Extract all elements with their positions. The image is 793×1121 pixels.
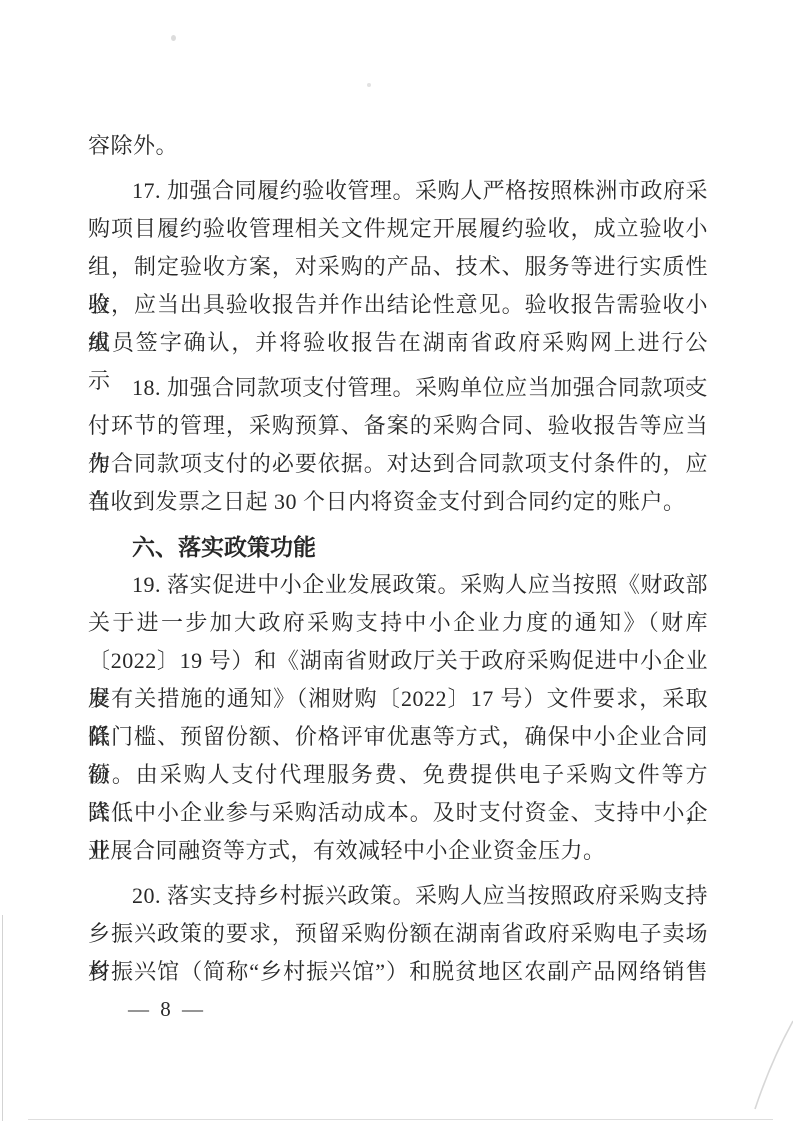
text-line: 开展合同融资等方式，有效减轻中小企业资金压力。 <box>88 832 708 870</box>
text-line: 容除外。 <box>88 127 708 165</box>
scan-edge-line-artifact <box>28 1119 773 1120</box>
text-line: 乡振兴政策的要求，预留采购份额在湖南省政府采购电子卖场乡 <box>88 915 708 953</box>
text-line: 收，应当出具验收报告并作出结论性意见。验收报告需验收小组 <box>88 286 708 324</box>
text-line: 村振兴馆（简称“乡村振兴馆”）和脱贫地区农副产品网络销售 <box>88 953 708 991</box>
text-line: 〔2022〕19 号）和《湖南省财政厅关于政府采购促进中小企业发 <box>88 642 708 680</box>
section-heading: 六、落实政策功能 <box>88 528 708 566</box>
text-line: 关于进一步加大政府采购支持中小企业力度的通知》（财库 <box>88 604 708 642</box>
scan-edge-line-artifact <box>2 915 3 1121</box>
scan-speck-artifact <box>367 83 371 87</box>
text-line: 购项目履约验收管理相关文件规定开展履约验收，成立验收小 <box>88 210 708 248</box>
page-number: — 8 — <box>88 997 708 1022</box>
text-line: 17. 加强合同履约验收管理。采购人严格按照株洲市政府采 <box>88 172 708 210</box>
text-line: 在收到发票之日起 30 个日内将资金支付到合同约定的账户。 <box>88 483 708 521</box>
document-body: 容除外。17. 加强合同履约验收管理。采购人严格按照株洲市政府采购项目履约验收管… <box>88 127 708 991</box>
text-line: 18. 加强合同款项支付管理。采购单位应当加强合同款项支 <box>88 369 708 407</box>
scanned-document-page: 容除外。17. 加强合同履约验收管理。采购人严格按照株洲市政府采购项目履约验收管… <box>0 0 793 1121</box>
text-line: 组，制定验收方案，对采购的产品、技术、服务等进行实质性验 <box>88 248 708 286</box>
text-line: 19. 落实促进中小企业发展政策。采购人应当按照《财政部 <box>88 566 708 604</box>
text-line: 额。由采购人支付代理服务费、免费提供电子采购文件等方式， <box>88 756 708 794</box>
text-line: 低门槛、预留份额、价格评审优惠等方式，确保中小企业合同份 <box>88 718 708 756</box>
text-line: 为合同款项支付的必要依据。对达到合同款项支付条件的，应当 <box>88 445 708 483</box>
scan-crease-artifact <box>733 1011 793 1121</box>
text-line: 成员签字确认，并将验收报告在湖南省政府采购网上进行公示。 <box>88 324 708 362</box>
text-line: 展有关措施的通知》（湘财购〔2022〕17 号）文件要求，采取降 <box>88 680 708 718</box>
text-line: 20. 落实支持乡村振兴政策。采购人应当按照政府采购支持 <box>88 877 708 915</box>
scan-speck-artifact <box>171 35 176 41</box>
text-line: 降低中小企业参与采购活动成本。及时支付资金、支持中小企业 <box>88 794 708 832</box>
page-footer: — 8 — <box>88 988 708 1022</box>
text-line: 付环节的管理，采购预算、备案的采购合同、验收报告等应当作 <box>88 407 708 445</box>
